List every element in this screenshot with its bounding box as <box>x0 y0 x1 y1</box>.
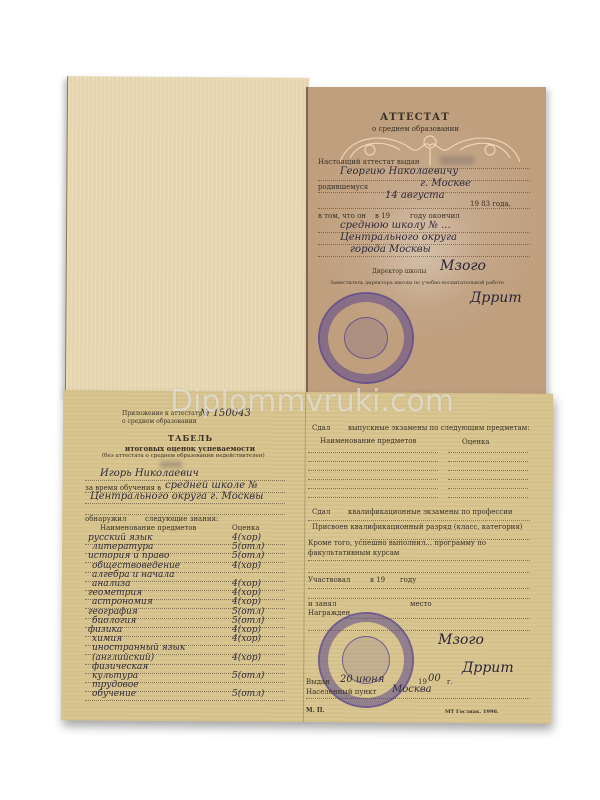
tabel-school-line2: Центрального округа г. Москвы <box>90 491 263 502</box>
place-label-b: место <box>410 600 432 608</box>
birth-label: родившемуся <box>318 183 368 191</box>
awarded-label: Награжден <box>308 609 350 617</box>
school-line-b <box>85 503 285 504</box>
date-line <box>318 208 530 209</box>
redacted-surname <box>440 156 474 165</box>
school-line1-handwritten: среднюю школу № ... <box>340 220 451 231</box>
extra-text: Кроме того, успешно выполнил... программ… <box>308 539 486 547</box>
appendix-line-2: о среднем образовании <box>122 418 197 425</box>
exams-col-subject: Наименование предметов <box>320 437 416 445</box>
exam-grade-line <box>448 479 528 480</box>
tabel-title: ТАБЕЛЬ <box>168 433 213 443</box>
locality-line <box>306 698 530 699</box>
director-signature: Мзого <box>440 258 486 274</box>
exam-grade-line <box>448 497 528 498</box>
exams-passed-text: выпускные экзамены по следующим предмета… <box>348 424 530 432</box>
exam-subject-line <box>308 479 438 480</box>
participated-line <box>308 588 530 589</box>
director-signature-bottom: Мзого <box>438 632 484 648</box>
certificate-title: АТТЕСТАТ <box>380 112 450 123</box>
subject-row-line <box>85 700 285 701</box>
subject-name: обучение <box>92 689 136 699</box>
tabel-subtitle: итоговых оценок успеваемости <box>125 444 255 453</box>
finished-label-c: году окончил <box>410 212 460 220</box>
issued-day-handwritten: 20 июня <box>340 674 384 685</box>
knowledge-label-2: следующие знания: <box>145 515 218 523</box>
site-watermark: Diplommvruki.com <box>170 384 454 419</box>
knowledge-label: обнаружил <box>85 515 126 523</box>
col-grade-header: Оценка <box>232 524 260 532</box>
exam-subject-line <box>308 452 438 453</box>
exams-passed-label: Сдал <box>312 424 330 432</box>
school-stamp-top <box>318 292 414 384</box>
school-line-3 <box>318 256 530 257</box>
extra-line-1 <box>308 560 530 561</box>
issued-year-handwritten: 00 <box>428 673 441 684</box>
tabel-note: (без аттестата о среднем образовании нед… <box>102 453 265 459</box>
issued-year-suffix: г. <box>447 678 453 686</box>
locality-label: Населенный пункт <box>306 688 376 696</box>
participated-year: в 19 <box>370 576 385 584</box>
school-line2-handwritten: Центрального округа <box>340 232 457 243</box>
subject-grade: 4(хор) <box>232 634 261 644</box>
qualification-text: квалификационные экзамены по профессии <box>348 508 513 516</box>
deputy-label: Заместитель директора школы по учебно-во… <box>330 280 504 286</box>
birth-place-handwritten: г. Москве <box>420 178 471 189</box>
page-fold <box>303 392 306 722</box>
exam-subject-line <box>308 461 438 462</box>
exam-subject-line <box>308 488 438 489</box>
participated-suffix: году <box>400 576 416 584</box>
exam-grade-line <box>448 452 528 453</box>
redacted-surname-tabel <box>160 461 182 468</box>
tabel-school-line1: средней школе № <box>165 480 258 491</box>
exam-grade-line <box>448 461 528 462</box>
exam-grade-line <box>448 488 528 489</box>
finished-label-b: в 19 <box>375 212 390 220</box>
exam-subject-line <box>308 497 438 498</box>
exams-col-grade: Оценка <box>462 438 490 446</box>
issued-label: Выдан <box>306 678 330 686</box>
locality-handwritten: Москва <box>392 684 432 695</box>
extra-line-2 <box>308 572 530 573</box>
deputy-signature: Дррит <box>470 290 522 306</box>
subject-grade: 5(отл) <box>232 689 264 699</box>
qualification-label: Сдал <box>312 508 330 516</box>
exam-grade-line <box>448 470 528 471</box>
issued-to-label: Настоящий аттестат выдан <box>318 158 420 166</box>
certificate-inner-left-page <box>65 76 309 398</box>
place-label-a: и занял <box>308 600 336 608</box>
certificate-subtitle: о среднем образовании <box>372 125 459 133</box>
extra-text-2: факультативным курсам <box>308 549 399 557</box>
qualification-line <box>308 520 530 521</box>
director-label: Директор школы <box>372 268 426 275</box>
exam-subject-line <box>308 470 438 471</box>
deputy-signature-bottom: Дррит <box>462 660 514 676</box>
printer-mark: МТ Госзнак. 1996. <box>445 709 499 715</box>
subject-grade: 4(хор) <box>232 561 261 571</box>
student-name-handwritten: Игорь Николаевич <box>100 468 199 479</box>
participated-label: Участвовал <box>308 576 350 584</box>
certificate-name-handwritten: Георгию Николаевичу <box>340 166 458 177</box>
school-line3-handwritten: города Москвы <box>350 244 431 255</box>
subject-grade: 5(отл) <box>232 671 264 681</box>
finished-label-a: в том, что он <box>318 212 366 220</box>
seal-label: М. П. <box>306 707 325 714</box>
subject-grade: 4(хор) <box>232 653 261 663</box>
rank-text: Присвоен квалификационный разряд (класс,… <box>312 523 523 531</box>
col-subject-header: Наименование предметов <box>100 524 196 532</box>
birth-year: 19 83 года, <box>470 200 511 208</box>
birth-date-handwritten: 14 августа <box>385 190 445 201</box>
participated-line-2 <box>308 598 530 599</box>
